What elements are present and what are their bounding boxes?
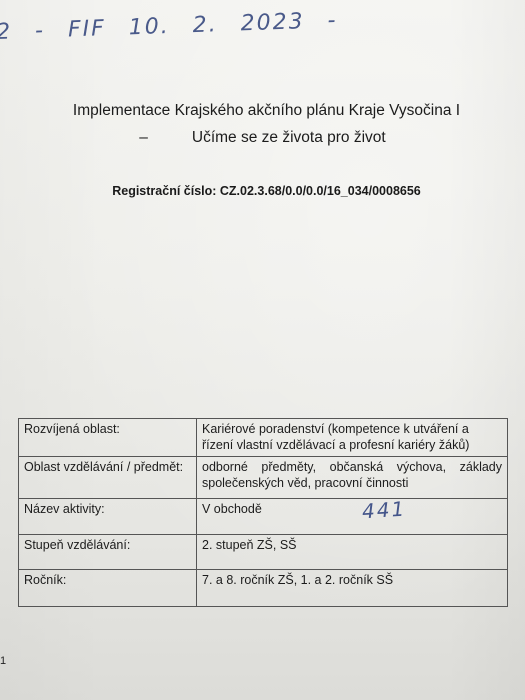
row-label-grade: Ročník:	[19, 570, 197, 607]
registration-number: Registrační číslo: CZ.02.3.68/0.0/0.0/16…	[0, 184, 525, 198]
table-row: Rozvíjená oblast: Kariérové poradenství …	[19, 419, 508, 457]
handwritten-activity-mark: 441	[361, 496, 407, 523]
row-label-education-area: Oblast vzdělávání / předmět:	[19, 457, 197, 499]
row-value-grade: 7. a 8. ročník ZŠ, 1. a 2. ročník SŠ	[197, 570, 508, 607]
row-value-education-level: 2. stupeň ZŠ, SŠ	[197, 535, 508, 570]
subtitle-dash: –	[139, 129, 148, 147]
value-line: Kariérové poradenství (kompetence k utvá…	[202, 421, 502, 437]
handwritten-header-note: 2 - FIF 10. 2. 2023 -	[0, 8, 338, 45]
row-label-education-level: Stupeň vzdělávání:	[19, 535, 197, 570]
table-row: Název aktivity: V obchodě	[19, 499, 508, 535]
row-value-activity-name: V obchodě	[197, 499, 508, 535]
table-row: Oblast vzdělávání / předmět: odborné pře…	[19, 457, 508, 499]
page-number: 1	[0, 655, 6, 667]
row-value-education-area: odborné předměty, občanská výchova, zákl…	[197, 457, 508, 499]
value-line: společenských věd, pracovní činnosti	[202, 476, 408, 490]
subtitle-text: Učíme se ze života pro život	[192, 129, 386, 146]
value-line: řízení vlastní vzdělávací a profesní kar…	[202, 437, 502, 453]
row-value-developed-area: Kariérové poradenství (kompetence k utvá…	[197, 419, 508, 457]
table-row: Ročník: 7. a 8. ročník ZŠ, 1. a 2. roční…	[19, 570, 508, 607]
value-line: odborné předměty, občanská výchova, zákl…	[202, 459, 502, 475]
activity-info-table: Rozvíjená oblast: Kariérové poradenství …	[18, 418, 508, 607]
row-label-developed-area: Rozvíjená oblast:	[19, 419, 197, 457]
table-row: Stupeň vzdělávání: 2. stupeň ZŠ, SŠ	[19, 535, 508, 570]
document-title: Implementace Krajského akčního plánu Kra…	[4, 102, 525, 120]
row-label-activity-name: Název aktivity:	[19, 499, 197, 535]
document-subtitle: –Učíme se ze života pro život	[0, 129, 525, 147]
